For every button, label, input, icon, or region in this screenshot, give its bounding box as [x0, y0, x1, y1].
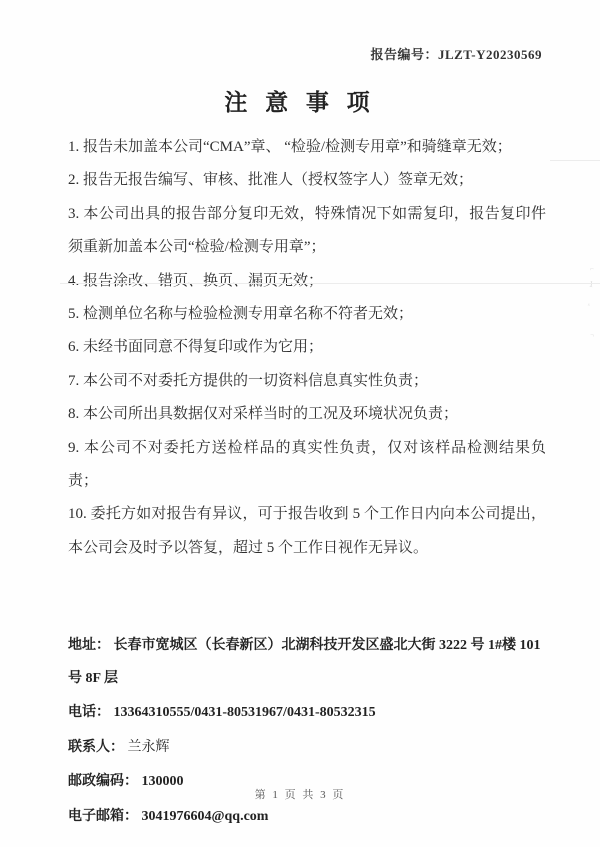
page-title: 注 意 事 项: [0, 84, 600, 117]
scan-artifact-marks: ⌐ 1 ₓ ¬: [584, 265, 598, 395]
phone-label: 电话：: [68, 703, 110, 719]
contact-email-row: 电子邮箱： 3041976604@qq.com: [68, 799, 554, 834]
notice-item: 5. 检测单位名称与检验检测专用章名称不符者无效；: [68, 298, 546, 331]
address-label: 地址：: [68, 636, 110, 652]
report-number-value: JLZT-Y20230569: [438, 47, 542, 62]
notice-item: 7. 本公司不对委托方提供的一切资料信息真实性负责；: [68, 365, 546, 398]
contact-phone-row: 电话： 13364310555/0431-80531967/0431-80532…: [68, 695, 554, 730]
contact-person-row: 联系人： 兰永辉: [68, 730, 554, 765]
notice-item: 6. 未经书面同意不得复印或作为它用；: [68, 331, 546, 364]
notice-item: 1. 报告未加盖本公司“CMA”章、 “检验/检测专用章”和骑缝章无效；: [68, 131, 546, 164]
person-label: 联系人：: [68, 738, 124, 754]
notice-item: 2. 报告无报告编写、审核、批准人（授权签字人）签章无效；: [68, 164, 546, 197]
scan-line-artifact: [550, 160, 600, 161]
contact-address-row: 地址： 长春市宽城区（长春新区）北湖科技开发区盛北大街 3222 号 1#楼 1…: [68, 628, 554, 695]
report-number-label: 报告编号：: [370, 47, 438, 62]
email-label: 电子邮箱：: [68, 807, 138, 823]
notice-list: 1. 报告未加盖本公司“CMA”章、 “检验/检测专用章”和骑缝章无效； 2. …: [68, 131, 546, 565]
notice-item: 4. 报告涂改、错页、换页、漏页无效；: [68, 265, 546, 298]
report-number-row: 报告编号：JLZT-Y20230569: [0, 44, 542, 63]
document-page: 报告编号：JLZT-Y20230569 注 意 事 项 1. 报告未加盖本公司“…: [0, 0, 600, 847]
page-number-footer: 第 1 页 共 3 页: [0, 786, 600, 802]
notice-item: 9. 本公司不对委托方送检样品的真实性负责，仅对该样品检测结果负责；: [68, 432, 546, 499]
email-value: 3041976604@qq.com: [142, 809, 269, 824]
person-value: 兰永辉: [128, 740, 170, 755]
notice-item: 8. 本公司所出具数据仅对采样当时的工况及环境状况负责；: [68, 398, 546, 431]
notice-item: 3. 本公司出具的报告部分复印无效，特殊情况下如需复印，报告复印件须重新加盖本公…: [68, 198, 546, 265]
notice-item: 10. 委托方如对报告有异议，可于报告收到 5 个工作日内向本公司提出，本公司会…: [68, 498, 546, 565]
phone-value: 13364310555/0431-80531967/0431-80532315: [114, 705, 376, 720]
address-value: 长春市宽城区（长春新区）北湖科技开发区盛北大街 3222 号 1#楼 101 号…: [68, 638, 541, 686]
contact-block: 地址： 长春市宽城区（长春新区）北湖科技开发区盛北大街 3222 号 1#楼 1…: [68, 628, 554, 834]
